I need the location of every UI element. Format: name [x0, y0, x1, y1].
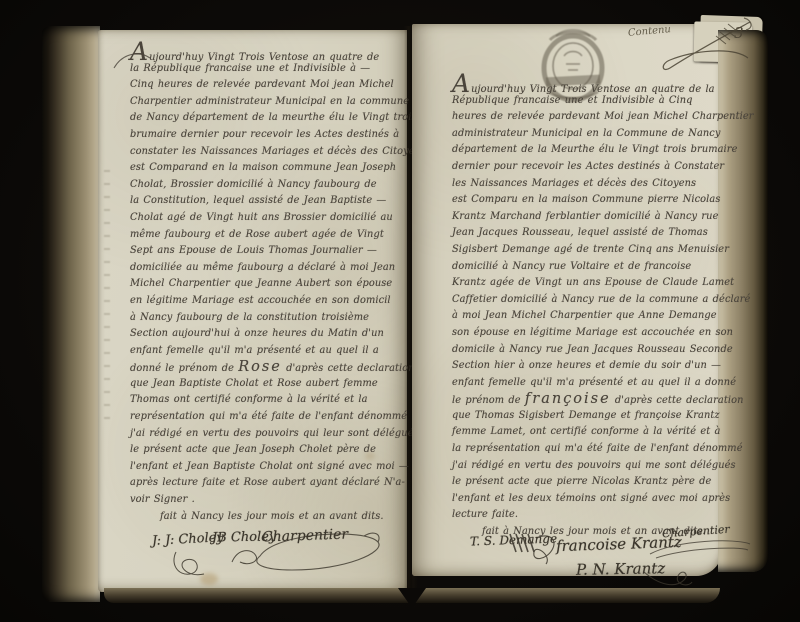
manuscript-line: République francaise une et Indivisible … [452, 93, 720, 110]
manuscript-line: la représentation qui m'a été faite de l… [452, 441, 720, 458]
manuscript-line: est Comparand en la maison commune Jean … [130, 160, 398, 177]
baby-name-rose: Rose [238, 359, 282, 375]
manuscript-line: que Thomas Sigisbert Demange et françois… [452, 408, 720, 425]
manuscript-line: département de la Meurthe élu le Vingt t… [452, 142, 720, 159]
manuscript-line: Cinq heures de relevée pardevant Moi jea… [130, 77, 398, 94]
hatched-signature-flourish-icon [506, 530, 562, 570]
manuscript-line: à moi Jean Michel Charpentier que Anne D… [452, 308, 720, 325]
manuscript-line: l'enfant et les deux témoins ont signé a… [452, 491, 720, 508]
manuscript-line: même faubourg et de Rose aubert agée de … [130, 227, 398, 244]
initial-letter-swash-icon [112, 48, 152, 74]
manuscript-line: son épouse en légitime Mariage est accou… [452, 325, 720, 342]
margin-bleedthrough [104, 170, 110, 430]
manuscript-line: Aujourd'huy Vingt Trois Ventose an quatr… [452, 76, 720, 93]
manuscript-line: Krantz Marchand ferblantier domicilié à … [452, 209, 720, 226]
manuscript-line: la Constitution, lequel assisté de Jean … [130, 193, 398, 210]
manuscript-line: administrateur Municipal en la Commune d… [452, 126, 720, 143]
left-body-lower: que Jean Baptiste Cholat et Rose aubert … [130, 376, 398, 509]
right-body-upper: Aujourd'huy Vingt Trois Ventose an quatr… [452, 76, 720, 391]
manuscript-line: enfant femelle qu'il m'a présenté et au … [452, 375, 720, 392]
manuscript-line: Jean Jacques Rousseau, lequel assisté de… [452, 225, 720, 242]
manuscript-line: lecture faite. [452, 507, 720, 524]
name-line-pre: le prénom de [452, 395, 525, 406]
baby-name-francoise: françoise [525, 391, 611, 407]
manuscript-line: de Nancy département de la meurthe élu l… [130, 110, 398, 127]
manuscript-line: Michel Charpentier que Jeanne Aubert son… [130, 276, 398, 293]
name-line-post: d'après cette declaration [611, 395, 744, 406]
manuscript-line: Sept ans Epouse de Louis Thomas Journali… [130, 243, 398, 260]
manuscript-line: les Naissances Mariages et décès des Cit… [452, 176, 720, 193]
manuscript-line: Section hier à onze heures et demie du s… [452, 358, 720, 375]
manuscript-line: en légitime Mariage est accouchée en son… [130, 293, 398, 310]
left-page-manuscript: Aujourd'huy Vingt Trois Ventose an quatr… [130, 44, 398, 525]
name-line-post: d'après cette declaration [282, 363, 415, 374]
right-name-line: le prénom de françoise d'après cette dec… [452, 391, 720, 408]
quill-paraph-flourish-icon [658, 16, 758, 74]
right-body-lower: que Thomas Sigisbert Demange et françois… [452, 408, 720, 524]
manuscript-line: voir Signer . [130, 492, 398, 509]
manuscript-line: domicile à Nancy rue Jean Jacques Rousse… [452, 342, 720, 359]
signature-flourish-icon [168, 548, 228, 582]
manuscript-line: à Nancy faubourg de la constitution troi… [130, 310, 398, 327]
manuscript-line: j'ai rédigé en vertu des pouvoirs qui le… [130, 426, 398, 443]
manuscript-line: que Jean Baptiste Cholat et Rose aubert … [130, 376, 398, 393]
manuscript-line: j'ai rédigé en vertu des pouvoirs qui me… [452, 458, 720, 475]
manuscript-line: représentation qui m'a été faite de l'en… [130, 409, 398, 426]
left-name-line: donné le prénom de Rose d'après cette de… [130, 359, 398, 376]
manuscript-line: Caffetier domicilié à Nancy rue de la co… [452, 292, 720, 309]
manuscript-line: le présent acte que Jean Joseph Cholet p… [130, 442, 398, 459]
manuscript-line: Cholat, Brossier domicilié à Nancy faubo… [130, 177, 398, 194]
manuscript-line: la République francaise une et Indivisib… [130, 61, 398, 78]
photograph-background: Aujourd'huy Vingt Trois Ventose an quatr… [0, 0, 800, 622]
manuscript-line: après lecture faite et Rose aubert ayant… [130, 475, 398, 492]
manuscript-line: Aujourd'huy Vingt Trois Ventose an quatr… [130, 44, 398, 61]
right-page-manuscript: Aujourd'huy Vingt Trois Ventose an quatr… [452, 76, 720, 541]
manuscript-line: Sigisbert Demange agé de trente Cinq ans… [452, 242, 720, 259]
left-closing-line: fait à Nancy les jour mois et an avant d… [130, 509, 398, 526]
manuscript-line: dernier pour recevoir les Actes destinés… [452, 159, 720, 176]
manuscript-line: heures de relevée pardevant Moi jean Mic… [452, 109, 720, 126]
manuscript-line: enfant femelle qu'il m'a présenté et au … [130, 343, 398, 360]
manuscript-line: Cholat agé de Vingt huit ans Brossier do… [130, 210, 398, 227]
signature-underline-flourish-icon [646, 536, 756, 562]
manuscript-line: constater les Naissances Mariages et déc… [130, 144, 398, 161]
manuscript-line: domicilié à Nancy rue Voltaire et de fra… [452, 259, 720, 276]
manuscript-line: Charpentier administrateur Municipal en … [130, 94, 398, 111]
manuscript-line: Thomas ont certifié conforme à la vérité… [130, 392, 398, 409]
gutter-fold-notch [398, 588, 426, 608]
signature-oval-flourish-icon [246, 526, 386, 574]
manuscript-line: domiciliée au même faubourg a déclaré à … [130, 260, 398, 277]
manuscript-line: femme Lamet, ont certifié conforme à la … [452, 424, 720, 441]
manuscript-line: l'enfant et Jean Baptiste Cholat ont sig… [130, 459, 398, 476]
left-body-upper: Aujourd'huy Vingt Trois Ventose an quatr… [130, 44, 398, 359]
manuscript-line: est Comparu en la maison Commune pierre … [452, 192, 720, 209]
manuscript-line: Section aujourd'hui à onze heures du Mat… [130, 326, 398, 343]
name-line-pre: donné le prénom de [130, 363, 238, 374]
manuscript-line: le présent acte que pierre Nicolas Krant… [452, 474, 720, 491]
manuscript-line: Krantz agée de Vingt un ans Epouse de Cl… [452, 275, 720, 292]
manuscript-line: brumaire dernier pour recevoir les Actes… [130, 127, 398, 144]
left-page-edges-stack [42, 26, 100, 602]
